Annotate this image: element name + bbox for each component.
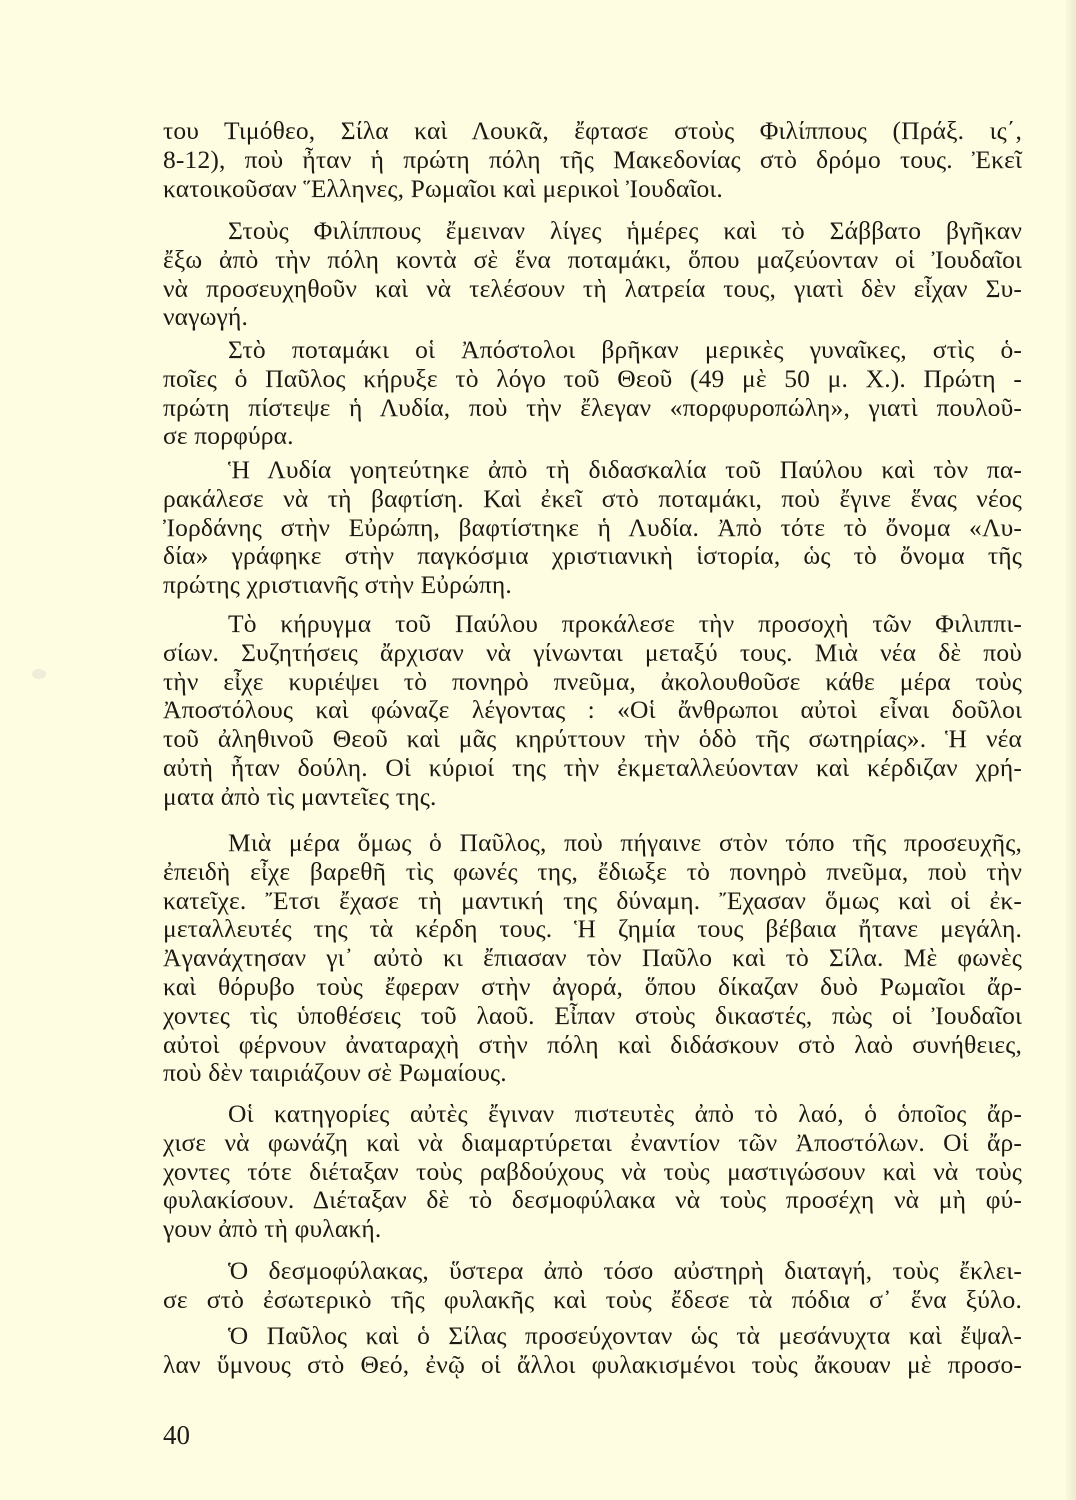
text-line: τοῦ ἀληθινοῦ Θεοῦ καὶ μᾶς κηρύττουν τὴν … xyxy=(163,725,1022,754)
text-line: Ὁ δεσμοφύλακας, ὕστερα ἀπὸ τόσο αὐστηρὴ … xyxy=(163,1257,1022,1286)
text-line: κατοικοῦσαν Ἕλληνες, Ρωμαῖοι καὶ μερικοὶ… xyxy=(163,175,1022,204)
text-line: Μιὰ μέρα ὅμως ὁ Παῦλος, ποὺ πήγαινε στὸν… xyxy=(163,829,1022,858)
text-line: Στὸ ποταμάκι οἱ Ἀπόστολοι βρῆκαν μερικὲς… xyxy=(163,336,1022,365)
text-line: γουν ἀπὸ τὴ φυλακή. xyxy=(163,1215,1022,1244)
text-line: αὐτὴ ἦταν δούλη. Οἱ κύριοί της τὴν ἐκμετ… xyxy=(163,754,1022,783)
paragraph-3: Στὸ ποταμάκι οἱ Ἀπόστολοι βρῆκαν μερικὲς… xyxy=(163,336,1022,451)
paragraph-6: Μιὰ μέρα ὅμως ὁ Παῦλος, ποὺ πήγαινε στὸν… xyxy=(163,829,1022,1088)
text-line: αὐτοὶ φέρνουν ἀναταραχὴ στὴν πόλη καὶ δι… xyxy=(163,1031,1022,1060)
text-line: Τὸ κήρυγμα τοῦ Παύλου προκάλεσε τὴν προσ… xyxy=(163,610,1022,639)
text-line: 8-12), ποὺ ἦταν ἡ πρώτη πόλη τῆς Μακεδον… xyxy=(163,146,1022,175)
text-line: ποῖες ὁ Παῦλος κήρυξε τὸ λόγο τοῦ Θεοῦ (… xyxy=(163,365,1022,394)
paragraph-2: Στοὺς Φιλίππους ἔμειναν λίγες ἡμέρες καὶ… xyxy=(163,217,1022,332)
text-line: Ἀγανάχτησαν γι᾽ αὐτὸ κι ἔπιασαν τὸν Παῦλ… xyxy=(163,944,1022,973)
text-line: χοντες τότε διέταξαν τοὺς ραβδούχους νὰ … xyxy=(163,1158,1022,1187)
text-line: ναγωγή. xyxy=(163,303,1022,332)
text-line: φυλακίσουν. Διέταξαν δὲ τὸ δεσμοφύλακα ν… xyxy=(163,1186,1022,1215)
text-line: Ἰορδάνης στὴν Εὐρώπη, βαφτίστηκε ἡ Λυδία… xyxy=(163,514,1022,543)
text-line: καὶ θόρυβο τοὺς ἔφεραν στὴν ἀγορά, ὅπου … xyxy=(163,973,1022,1002)
text-line: Ἡ Λυδία γοητεύτηκε ἀπὸ τὴ διδασκαλία τοῦ… xyxy=(163,456,1022,485)
paper-speck xyxy=(32,669,46,679)
text-line: σε στὸ ἐσωτερικὸ τῆς φυλακῆς καὶ τοὺς ἔδ… xyxy=(163,1286,1022,1315)
text-line: ἔξω ἀπὸ τὴν πόλη κοντὰ σὲ ἕνα ποταμάκι, … xyxy=(163,246,1022,275)
text-line: του Τιμόθεο, Σίλα καὶ Λουκᾶ, ἔφτασε στοὺ… xyxy=(163,117,1022,146)
text-line: πρώτη πίστεψε ἡ Λυδία, ποὺ τὴν ἔλεγαν «π… xyxy=(163,394,1022,423)
paragraph-1: του Τιμόθεο, Σίλα καὶ Λουκᾶ, ἔφτασε στοὺ… xyxy=(163,117,1022,203)
text-line: δία» γράφηκε στὴν παγκόσμια χριστιανικὴ … xyxy=(163,542,1022,571)
text-line: πρώτης χριστιανῆς στὴν Εὐρώπη. xyxy=(163,571,1022,600)
text-line: Στοὺς Φιλίππους ἔμειναν λίγες ἡμέρες καὶ… xyxy=(163,217,1022,246)
text-line: ρακάλεσε νὰ τὴ βαφτίση. Καὶ ἐκεῖ στὸ ποτ… xyxy=(163,485,1022,514)
text-line: τὴν εἶχε κυριέψει τὸ πονηρὸ πνεῦμα, ἀκολ… xyxy=(163,668,1022,697)
text-line: σε πορφύρα. xyxy=(163,422,1022,451)
page-number: 40 xyxy=(163,1419,190,1451)
text-line: νὰ προσευχηθοῦν καὶ νὰ τελέσουν τὴ λατρε… xyxy=(163,275,1022,304)
text-line: Ὁ Παῦλος καὶ ὁ Σίλας προσεύχονταν ὡς τὰ … xyxy=(163,1322,1022,1351)
paragraph-5: Τὸ κήρυγμα τοῦ Παύλου προκάλεσε τὴν προσ… xyxy=(163,610,1022,812)
page-edge-shadow xyxy=(1066,0,1076,1500)
text-line: ἐπειδὴ εἶχε βαρεθῆ τὶς φωνές της, ἔδιωξε… xyxy=(163,858,1022,887)
text-line: Ἀποστόλους καὶ φώναζε λέγοντας : «Οἱ ἄνθ… xyxy=(163,696,1022,725)
text-line: λαν ὕμνους στὸ Θεό, ἐνῷ οἱ ἄλλοι φυλακισ… xyxy=(163,1351,1022,1380)
text-line: Οἱ κατηγορίες αὐτὲς ἔγιναν πιστευτὲς ἀπὸ… xyxy=(163,1100,1022,1129)
text-line: κατεῖχε. Ἔτσι ἔχασε τὴ μαντική της δύναμ… xyxy=(163,887,1022,916)
text-line: μεταλλευτές της τὰ κέρδη τους. Ἡ ζημία τ… xyxy=(163,915,1022,944)
text-line: χοντες τὶς ὑποθέσεις τοῦ λαοῦ. Εἶπαν στο… xyxy=(163,1002,1022,1031)
paragraph-4: Ἡ Λυδία γοητεύτηκε ἀπὸ τὴ διδασκαλία τοῦ… xyxy=(163,456,1022,600)
paragraph-7: Οἱ κατηγορίες αὐτὲς ἔγιναν πιστευτὲς ἀπὸ… xyxy=(163,1100,1022,1244)
paragraph-9: Ὁ Παῦλος καὶ ὁ Σίλας προσεύχονταν ὡς τὰ … xyxy=(163,1322,1022,1380)
text-line: χισε νὰ φωνάζη καὶ νὰ διαμαρτύρεται ἐναν… xyxy=(163,1129,1022,1158)
text-line: σίων. Συζητήσεις ἄρχισαν νὰ γίνωνται μετ… xyxy=(163,639,1022,668)
text-line: ματα ἀπὸ τὶς μαντεῖες της. xyxy=(163,783,1022,812)
paragraph-8: Ὁ δεσμοφύλακας, ὕστερα ἀπὸ τόσο αὐστηρὴ … xyxy=(163,1257,1022,1315)
text-line: ποὺ δὲν ταιριάζουν σὲ Ρωμαίους. xyxy=(163,1059,1022,1088)
